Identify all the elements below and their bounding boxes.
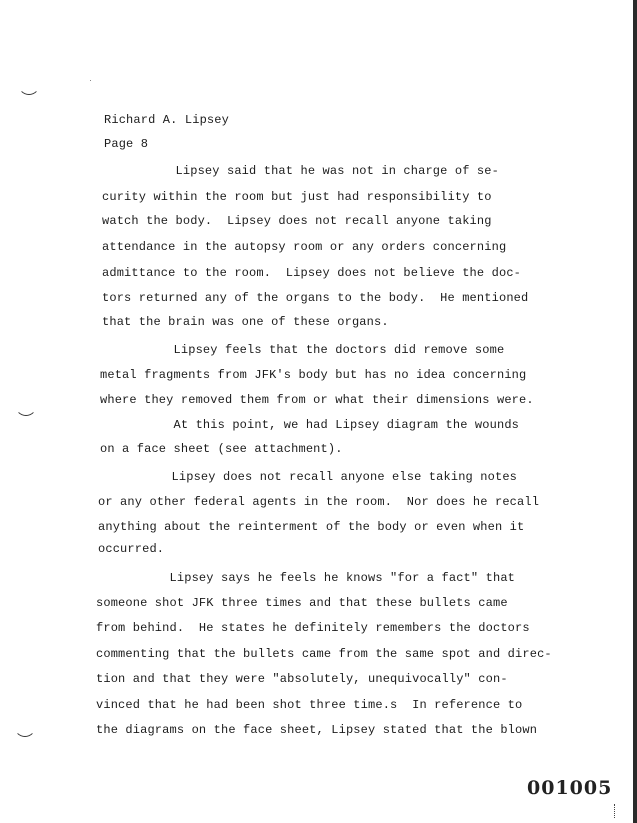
body-line: or any other federal agents in the room.… bbox=[98, 495, 539, 509]
document-page: Richard A. Lipsey Page 8 Lipsey said tha… bbox=[0, 0, 633, 823]
body-line: watch the body. Lipsey does not recall a… bbox=[102, 214, 492, 228]
body-line: vinced that he had been shot three time.… bbox=[96, 698, 522, 712]
body-line: someone shot JFK three times and that th… bbox=[96, 596, 508, 610]
punch-hole-mark bbox=[15, 405, 37, 416]
document-number-stamp: 001005 bbox=[527, 777, 612, 799]
body-line: where they removed them from or what the… bbox=[100, 393, 534, 407]
body-line: curity within the room but just had resp… bbox=[102, 190, 492, 204]
body-line: metal fragments from JFK's body but has … bbox=[100, 368, 526, 382]
punch-hole-mark bbox=[14, 726, 36, 737]
scan-artifact bbox=[614, 804, 617, 818]
header-page-label: Page 8 bbox=[104, 137, 148, 151]
body-line: admittance to the room. Lipsey does not … bbox=[102, 266, 521, 280]
body-line: Lipsey says he feels he knows "for a fac… bbox=[96, 571, 515, 585]
body-line: occurred. bbox=[98, 542, 164, 556]
header-name: Richard A. Lipsey bbox=[104, 113, 229, 127]
body-line: that the brain was one of these organs. bbox=[102, 315, 389, 329]
scan-speck bbox=[90, 80, 91, 81]
scan-edge-border bbox=[633, 0, 637, 823]
body-line: on a face sheet (see attachment). bbox=[100, 442, 343, 456]
body-line: tion and that they were "absolutely, une… bbox=[96, 672, 508, 686]
body-line: At this point, we had Lipsey diagram the… bbox=[100, 418, 519, 432]
body-line: Lipsey feels that the doctors did remove… bbox=[100, 343, 504, 357]
punch-hole-mark bbox=[18, 84, 40, 95]
body-line: tors returned any of the organs to the b… bbox=[102, 291, 528, 305]
body-line: Lipsey does not recall anyone else takin… bbox=[98, 470, 517, 484]
body-line: Lipsey said that he was not in charge of… bbox=[102, 164, 499, 178]
body-line: from behind. He states he definitely rem… bbox=[96, 621, 530, 635]
body-line: anything about the reinterment of the bo… bbox=[98, 520, 524, 534]
body-line: attendance in the autopsy room or any or… bbox=[102, 240, 506, 254]
body-line: the diagrams on the face sheet, Lipsey s… bbox=[96, 723, 537, 737]
body-line: commenting that the bullets came from th… bbox=[96, 647, 552, 661]
